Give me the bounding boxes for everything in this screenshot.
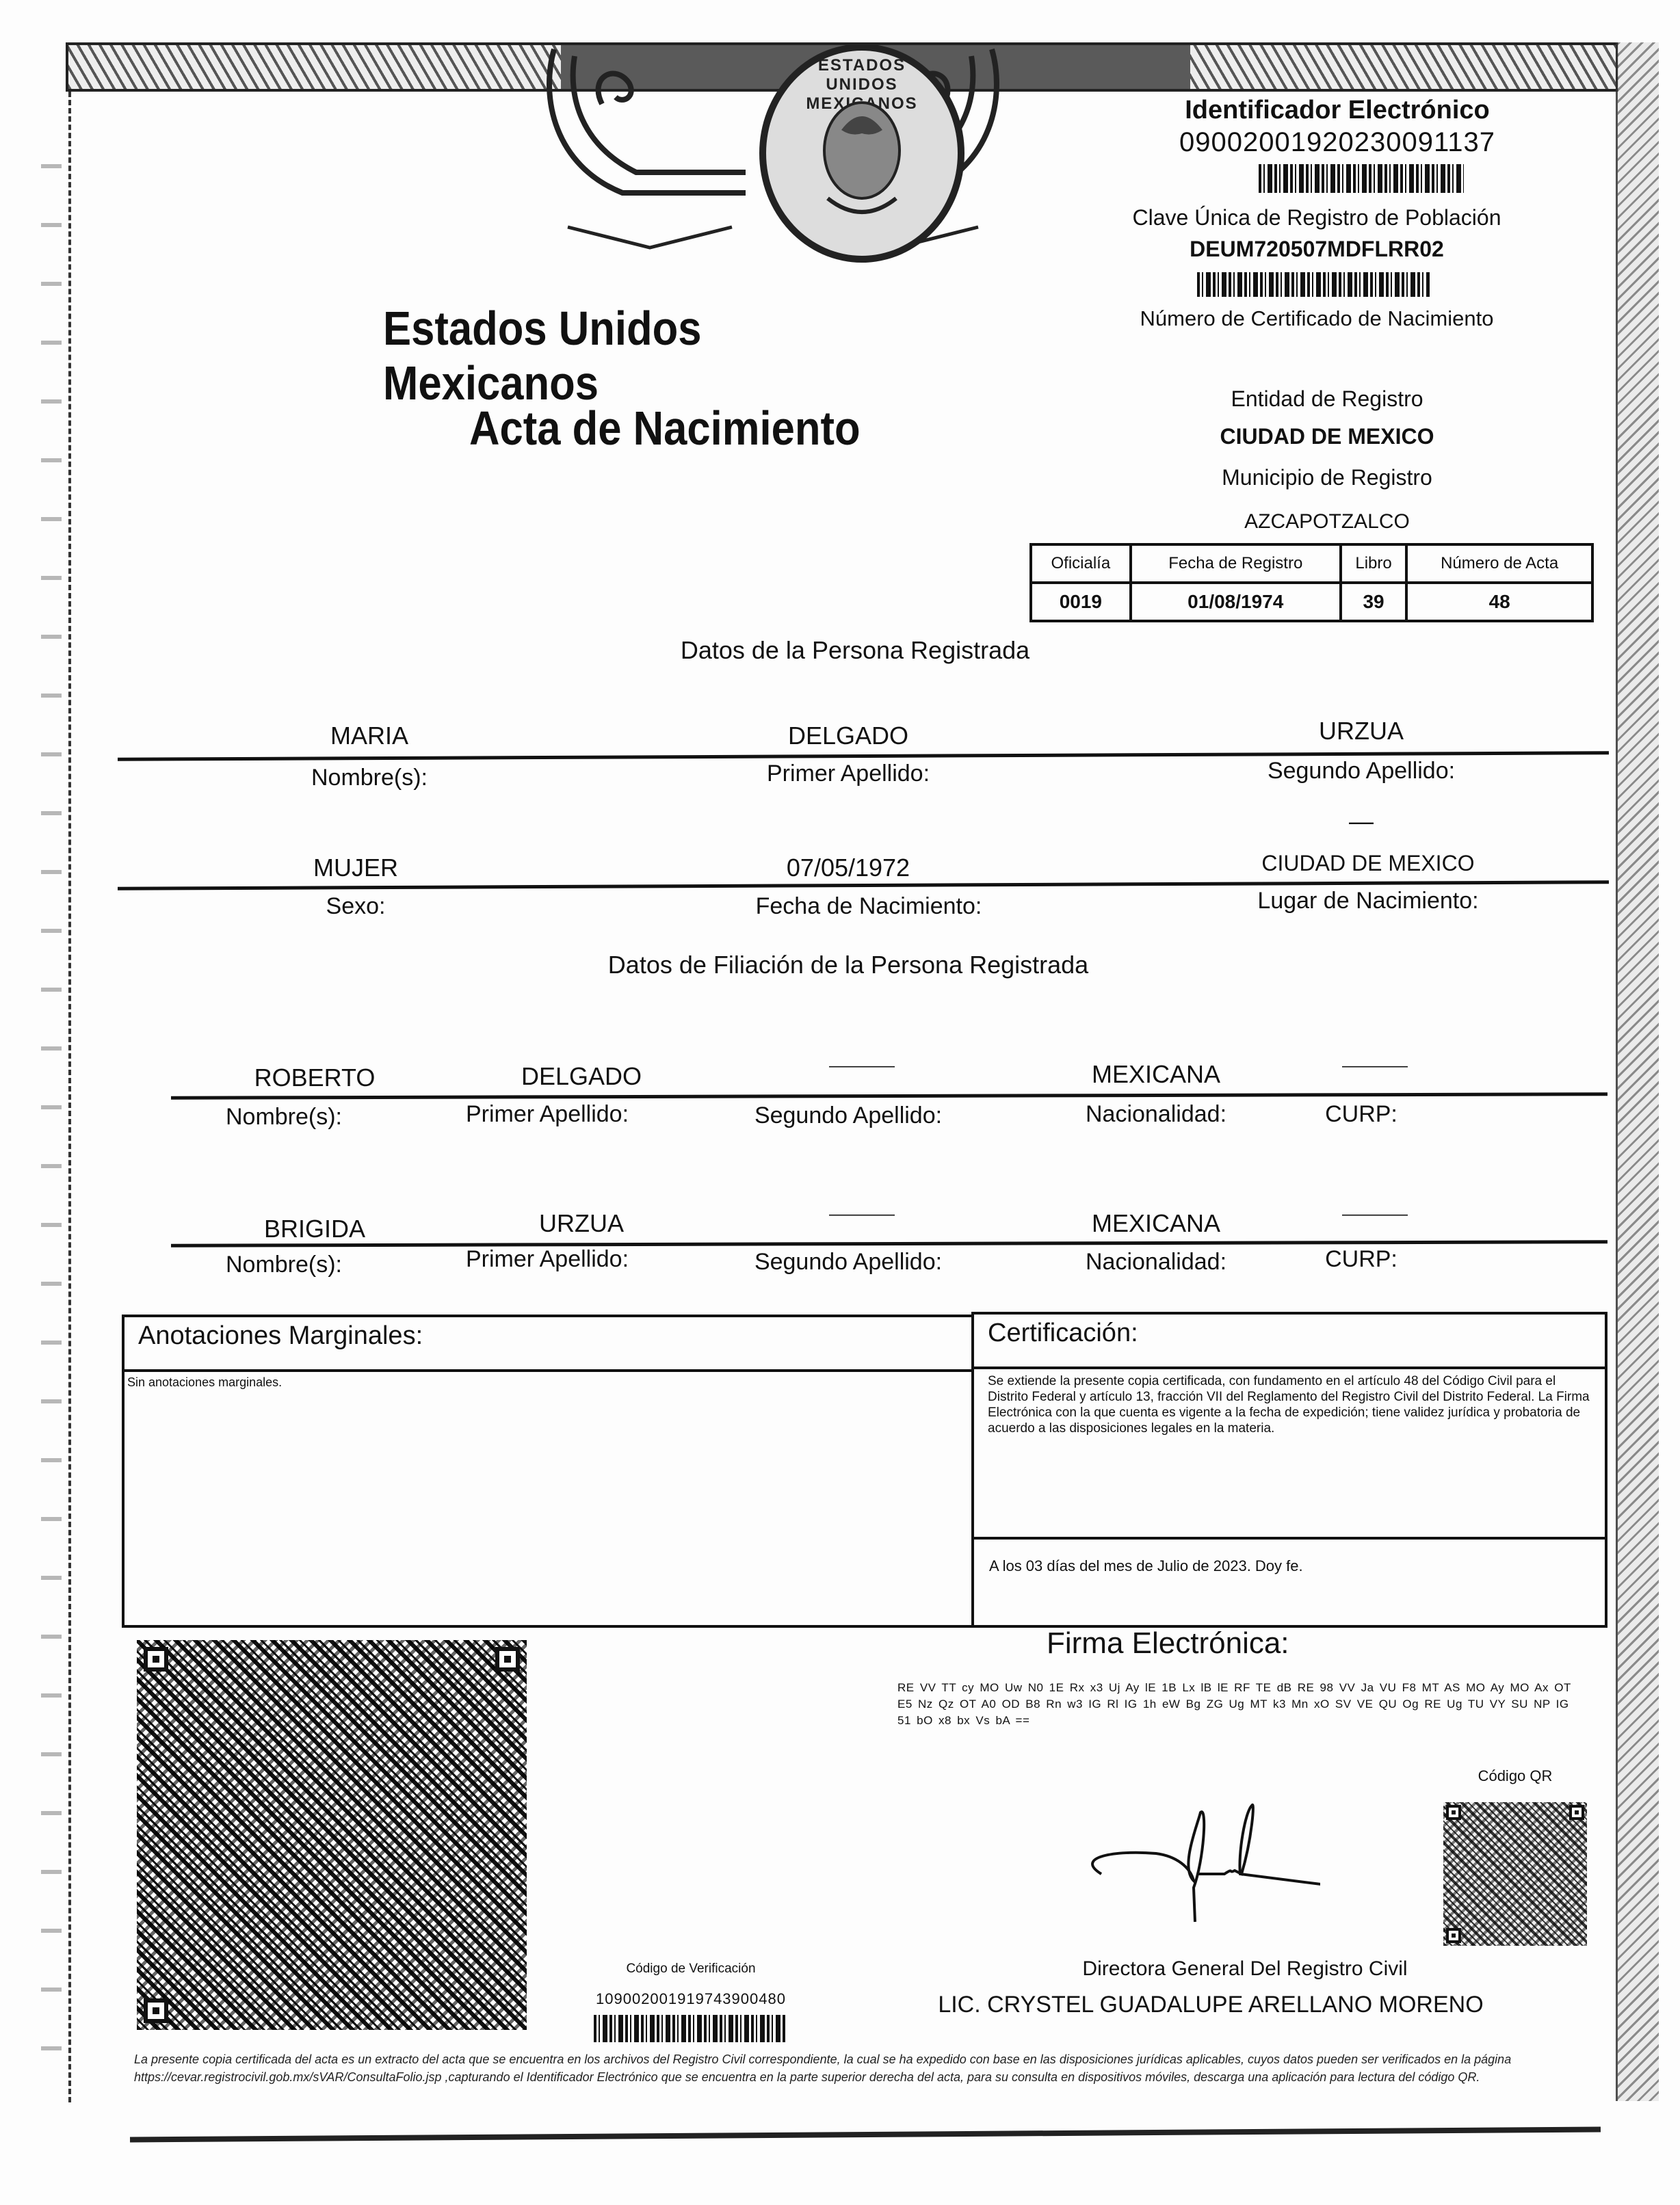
qr-code-small [1443, 1802, 1587, 1946]
certification-title: Certificación: [974, 1315, 1605, 1369]
label-last-name-2: Segundo Apellido: [1231, 758, 1491, 784]
signer-name: LIC. CRYSTEL GUADALUPE ARELLANO MORENO [903, 1992, 1519, 2018]
municipality-value: AZCAPOTZALCO [1081, 510, 1573, 533]
certification-text: Se extiende la presente copia certificad… [974, 1369, 1605, 1440]
electronic-id-value: 09002001920230091137 [1088, 127, 1587, 158]
verification-code-label: Código de Verificación [588, 1962, 793, 1977]
signer-role: Directora General Del Registro Civil [1006, 1957, 1484, 1981]
parent-2-nationality: MEXICANA [1067, 1209, 1245, 1238]
certification-box: Certificación: Se extiende la presente c… [971, 1312, 1607, 1628]
curp-barcode [1197, 272, 1430, 297]
person-sex: MUJER [260, 854, 451, 882]
label-parent-1-last-name-1: Primer Apellido: [445, 1101, 650, 1128]
birth-certificate-page: ESTADOS UNIDOS MEXICANOS Identificador E… [0, 0, 1680, 2205]
value-oficialia: 0019 [1031, 583, 1131, 621]
parent-1-last-name-1: DELGADO [479, 1062, 684, 1091]
header-fecha-registro: Fecha de Registro [1131, 544, 1341, 583]
person-first-name: MARIA [260, 722, 479, 750]
parent-1-nationality: MEXICANA [1067, 1060, 1245, 1089]
label-parent-2-last-name-1: Primer Apellido: [445, 1246, 650, 1273]
label-parent-1-name: Nombre(s): [198, 1104, 369, 1131]
header-numero-acta: Número de Acta [1406, 544, 1592, 583]
person-birth-place: CIUDAD DE MEXICO [1224, 851, 1512, 876]
value-numero-acta: 48 [1406, 583, 1592, 621]
header-oficialia: Oficialía [1031, 544, 1131, 583]
label-parent-2-nationality: Nacionalidad: [1067, 1249, 1245, 1276]
parent-2-last-name-2: ———— [787, 1205, 937, 1224]
section-title-filiation: Datos de Filiación de la Persona Registr… [506, 951, 1190, 979]
label-parent-1-curp: CURP: [1313, 1101, 1409, 1128]
label-parent-2-name: Nombre(s): [198, 1252, 369, 1278]
legal-footer-text: La presente copia certificada del acta e… [134, 2050, 1557, 2086]
curp-label: Clave Única de Registro de Población [1067, 205, 1566, 230]
parent-1-last-name-2: ———— [787, 1057, 937, 1076]
curp-value: DEUM720507MDFLRR02 [1067, 237, 1566, 262]
electronic-signature-title: Firma Electrónica: [1047, 1626, 1289, 1661]
birth-cert-number-label: Número de Certificado de Nacimiento [1067, 306, 1566, 331]
decorative-border-right [1616, 42, 1659, 2101]
document-title: Acta de Nacimiento [469, 401, 891, 455]
registration-table: Oficialía Fecha de Registro Libro Número… [1029, 543, 1594, 622]
label-first-name: Nombre(s): [260, 765, 479, 791]
annotations-text: Sin anotaciones marginales. [124, 1372, 973, 1393]
label-parent-1-last-name-2: Segundo Apellido: [732, 1102, 964, 1129]
parent-2-name: BRIGIDA [226, 1215, 404, 1243]
entity-value: CIUDAD DE MEXICO [1081, 424, 1573, 449]
value-fecha-registro: 01/08/1974 [1131, 583, 1341, 621]
decorative-border-left [68, 92, 71, 2102]
handwritten-signature-icon [1060, 1785, 1320, 1942]
verification-qr-code [137, 1640, 527, 2030]
label-last-name-1: Primer Apellido: [705, 761, 992, 787]
qr-code-label: Código QR [1443, 1767, 1587, 1785]
annotations-box: Anotaciones Marginales: Sin anotaciones … [122, 1315, 973, 1628]
perforation-marks [41, 109, 62, 2093]
verification-code-value: 109002001919743900480 [581, 1990, 800, 2008]
decorative-border-bottom [130, 2126, 1601, 2142]
label-parent-2-curp: CURP: [1313, 1246, 1409, 1273]
electronic-signature-code: RE VV TT cy MO Uw N0 1E Rx x3 Uj Ay lE 1… [897, 1680, 1575, 1729]
electronic-id-label: Identificador Electrónico [1088, 96, 1587, 125]
label-birth-place: Lugar de Nacimiento: [1218, 888, 1519, 914]
country-title: Estados Unidos Mexicanos [383, 301, 865, 410]
divider [171, 1092, 1607, 1099]
parent-1-name: ROBERTO [226, 1064, 404, 1092]
municipality-label: Municipio de Registro [1081, 465, 1573, 490]
electronic-id-barcode [1259, 164, 1464, 193]
label-sex: Sexo: [260, 893, 451, 920]
label-parent-2-last-name-2: Segundo Apellido: [732, 1249, 964, 1276]
blank-mark: — [1341, 807, 1382, 836]
person-last-name-1: DELGADO [705, 722, 992, 750]
label-birth-date: Fecha de Nacimiento: [705, 893, 1033, 920]
entity-label: Entidad de Registro [1081, 386, 1573, 412]
person-birth-date: 07/05/1972 [705, 854, 992, 882]
eagle-icon [807, 89, 917, 226]
parent-2-last-name-1: URZUA [479, 1209, 684, 1238]
annotations-title: Anotaciones Marginales: [124, 1317, 973, 1372]
parent-1-curp: ———— [1313, 1057, 1436, 1076]
label-parent-1-nationality: Nacionalidad: [1067, 1101, 1245, 1128]
parent-2-curp: ———— [1313, 1205, 1436, 1224]
certification-date: A los 03 días del mes de Julio de 2023. … [974, 1537, 1605, 1593]
section-title-person: Datos de la Persona Registrada [547, 636, 1163, 665]
header-libro: Libro [1341, 544, 1406, 583]
person-last-name-2: URZUA [1231, 717, 1491, 745]
verification-barcode [594, 2015, 785, 2042]
value-libro: 39 [1341, 583, 1406, 621]
